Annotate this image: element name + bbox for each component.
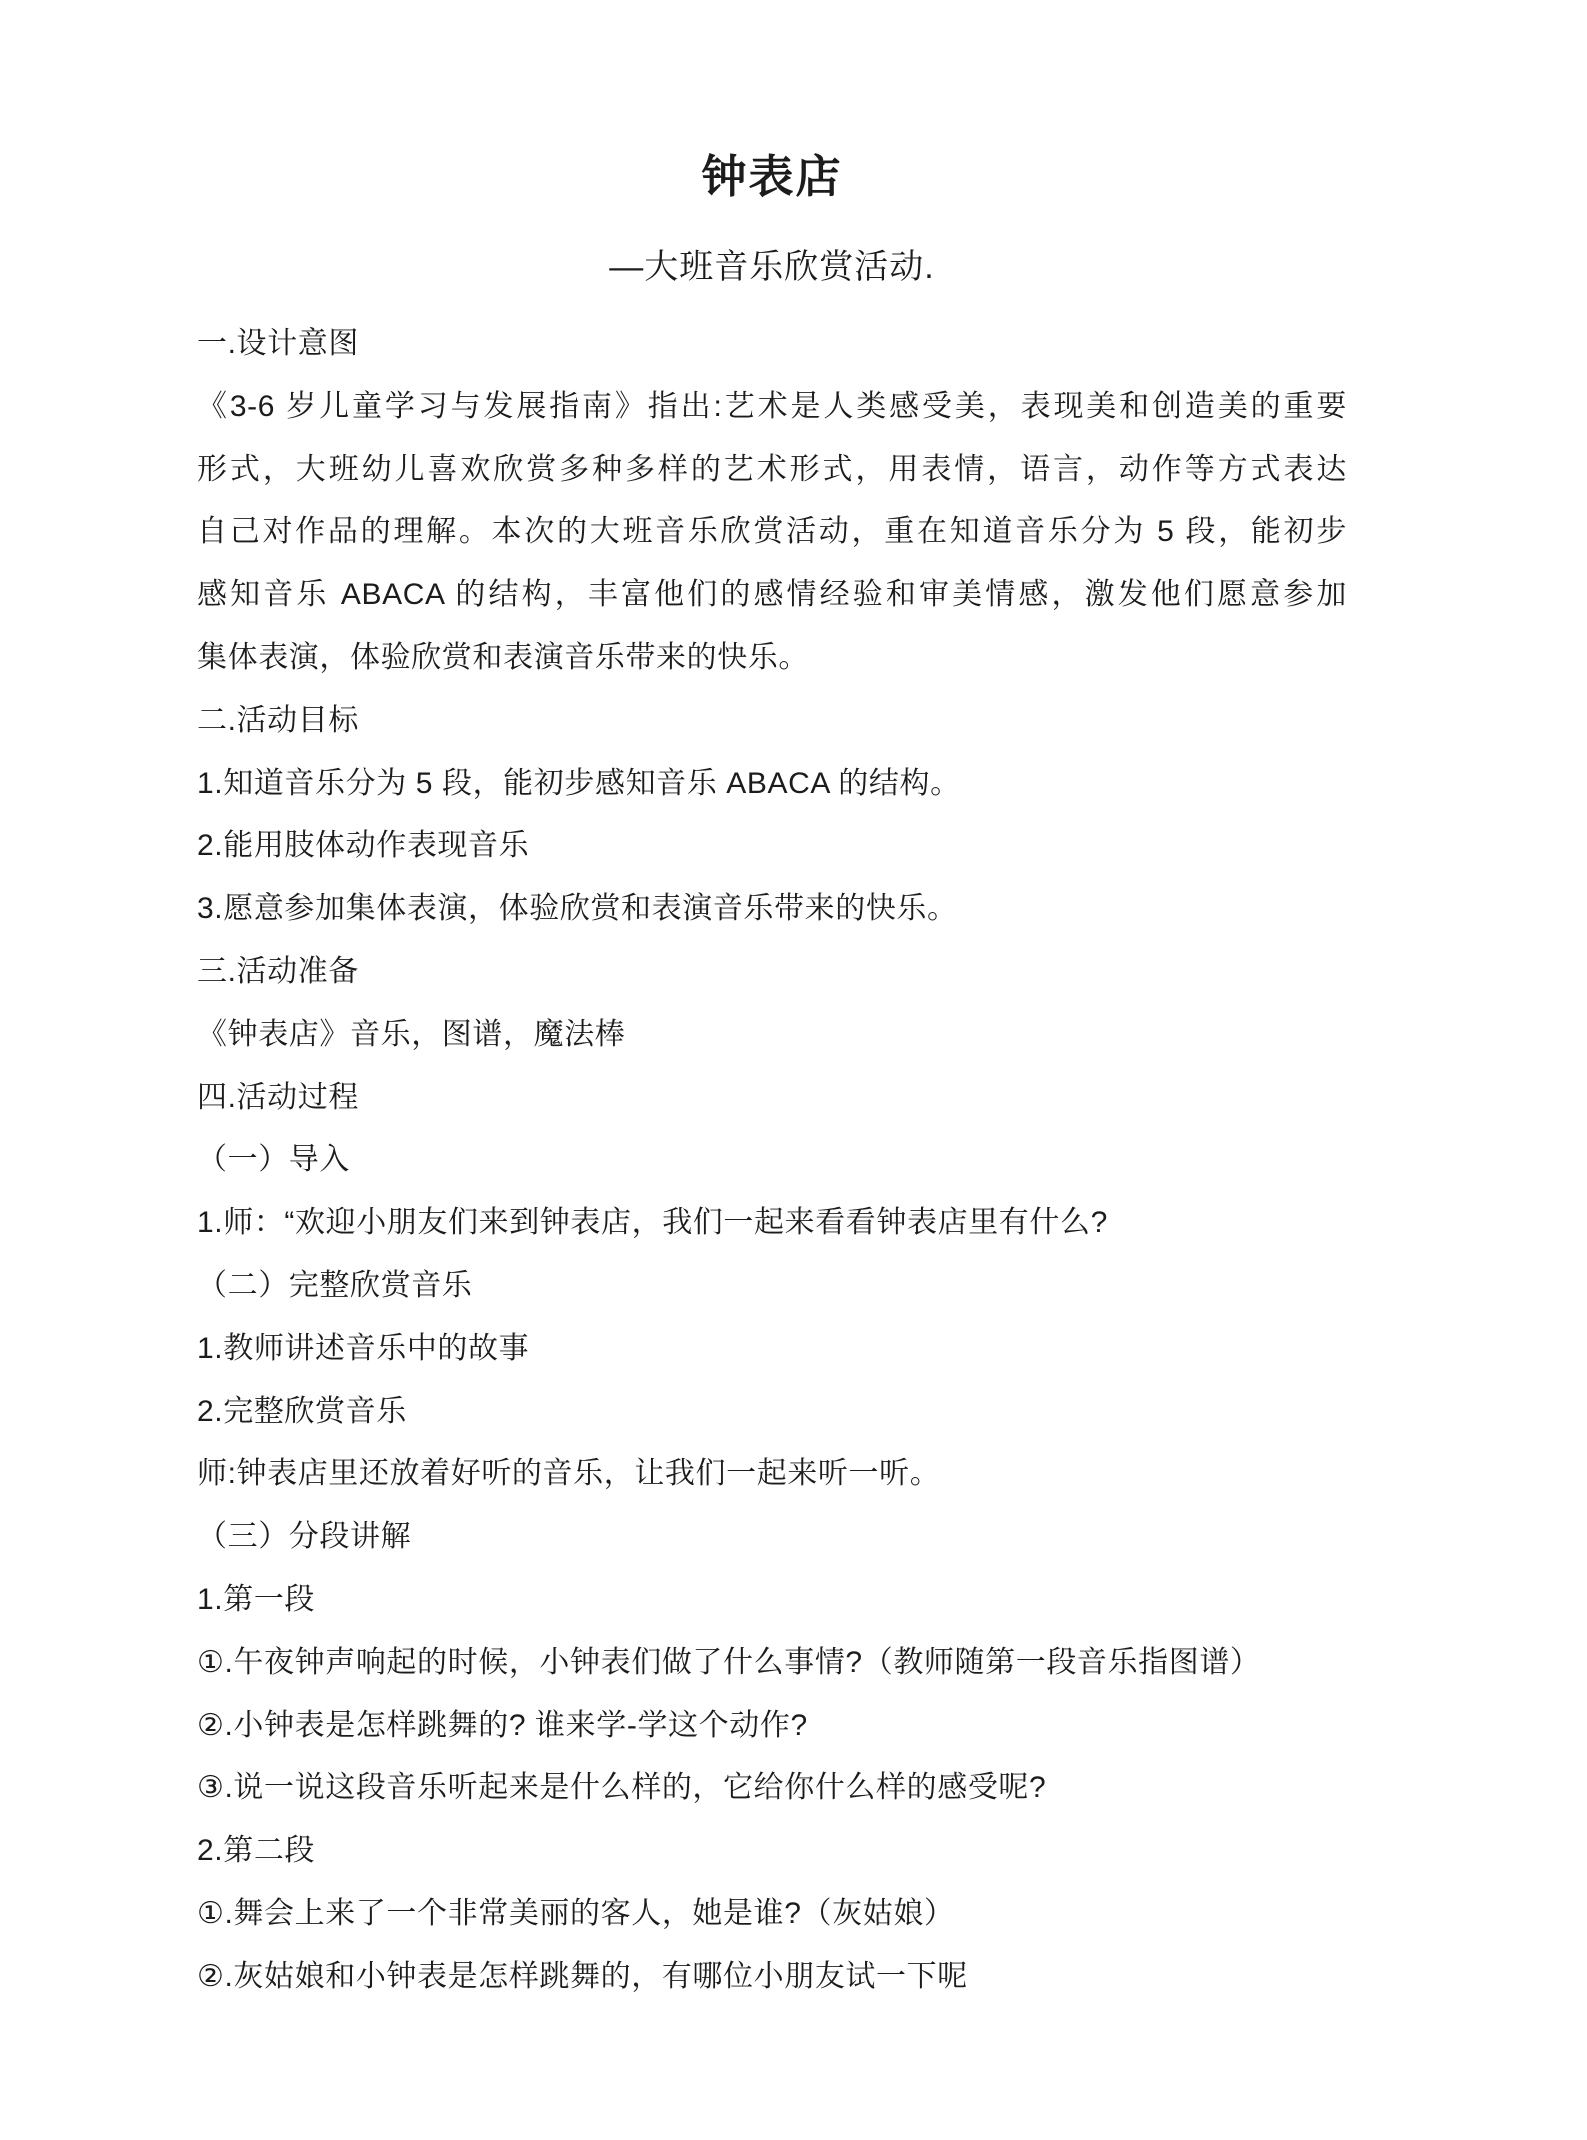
doc-line: ①.午夜钟声响起的时候，小钟表们做了什么事情?（教师随第一段音乐指图谱） [197,1632,1347,1695]
doc-line: 2.能用肢体动作表现音乐 [197,815,1347,878]
doc-line-section-4: 四.活动过程 [197,1067,1347,1130]
document-page: 钟表店 —大班音乐欣赏活动. 一.设计意图 《3-6 岁儿童学习与发展指南》指出… [0,0,1587,2140]
doc-line: （三）分段讲解 [197,1506,1347,1569]
doc-line: 集体表演，体验欣赏和表演音乐带来的快乐。 [197,627,1347,690]
doc-line: 1.师：“欢迎小朋友们来到钟表店，我们一起来看看钟表店里有什么? [197,1192,1347,1255]
doc-line-section-1: 一.设计意图 [197,313,1347,376]
document-title: 钟表店 [197,150,1347,205]
doc-line: ②.小钟表是怎样跳舞的? 谁来学-学这个动作? [197,1695,1347,1758]
doc-line: ②.灰姑娘和小钟表是怎样跳舞的，有哪位小朋友试一下呢 [197,1946,1347,2009]
doc-line: 《钟表店》音乐，图谱，魔法棒 [197,1004,1347,1067]
document-subtitle: —大班音乐欣赏活动. [197,247,1347,287]
doc-line: 1.第一段 [197,1569,1347,1632]
doc-line: 2.完整欣赏音乐 [197,1381,1347,1444]
doc-line: 感知音乐 ABACA 的结构，丰富他们的感情经验和审美情感，激发他们愿意参加 [197,564,1347,627]
document-body: 一.设计意图 《3-6 岁儿童学习与发展指南》指出:艺术是人类感受美，表现美和创… [197,313,1347,2009]
doc-line: 自己对作品的理解。本次的大班音乐欣赏活动，重在知道音乐分为 5 段，能初步 [197,501,1347,564]
doc-line-section-2: 二.活动目标 [197,690,1347,753]
doc-line: ①.舞会上来了一个非常美丽的客人，她是谁?（灰姑娘） [197,1883,1347,1946]
doc-line: 3.愿意参加集体表演，体验欣赏和表演音乐带来的快乐。 [197,878,1347,941]
doc-line: 形式，大班幼儿喜欢欣赏多种多样的艺术形式，用表情，语言，动作等方式表达 [197,439,1347,502]
doc-line: 1.知道音乐分为 5 段，能初步感知音乐 ABACA 的结构。 [197,753,1347,816]
document-content: 钟表店 —大班音乐欣赏活动. 一.设计意图 《3-6 岁儿童学习与发展指南》指出… [197,150,1347,2009]
doc-line-section-3: 三.活动准备 [197,941,1347,1004]
doc-line: 1.教师讲述音乐中的故事 [197,1318,1347,1381]
doc-line: 2.第二段 [197,1820,1347,1883]
doc-line: ③.说一说这段音乐听起来是什么样的，它给你什么样的感受呢? [197,1757,1347,1820]
doc-line: 师:钟表店里还放着好听的音乐，让我们一起来听一听。 [197,1443,1347,1506]
doc-line: 《3-6 岁儿童学习与发展指南》指出:艺术是人类感受美，表现美和创造美的重要 [197,376,1347,439]
doc-line: （一）导入 [197,1129,1347,1192]
doc-line: （二）完整欣赏音乐 [197,1255,1347,1318]
